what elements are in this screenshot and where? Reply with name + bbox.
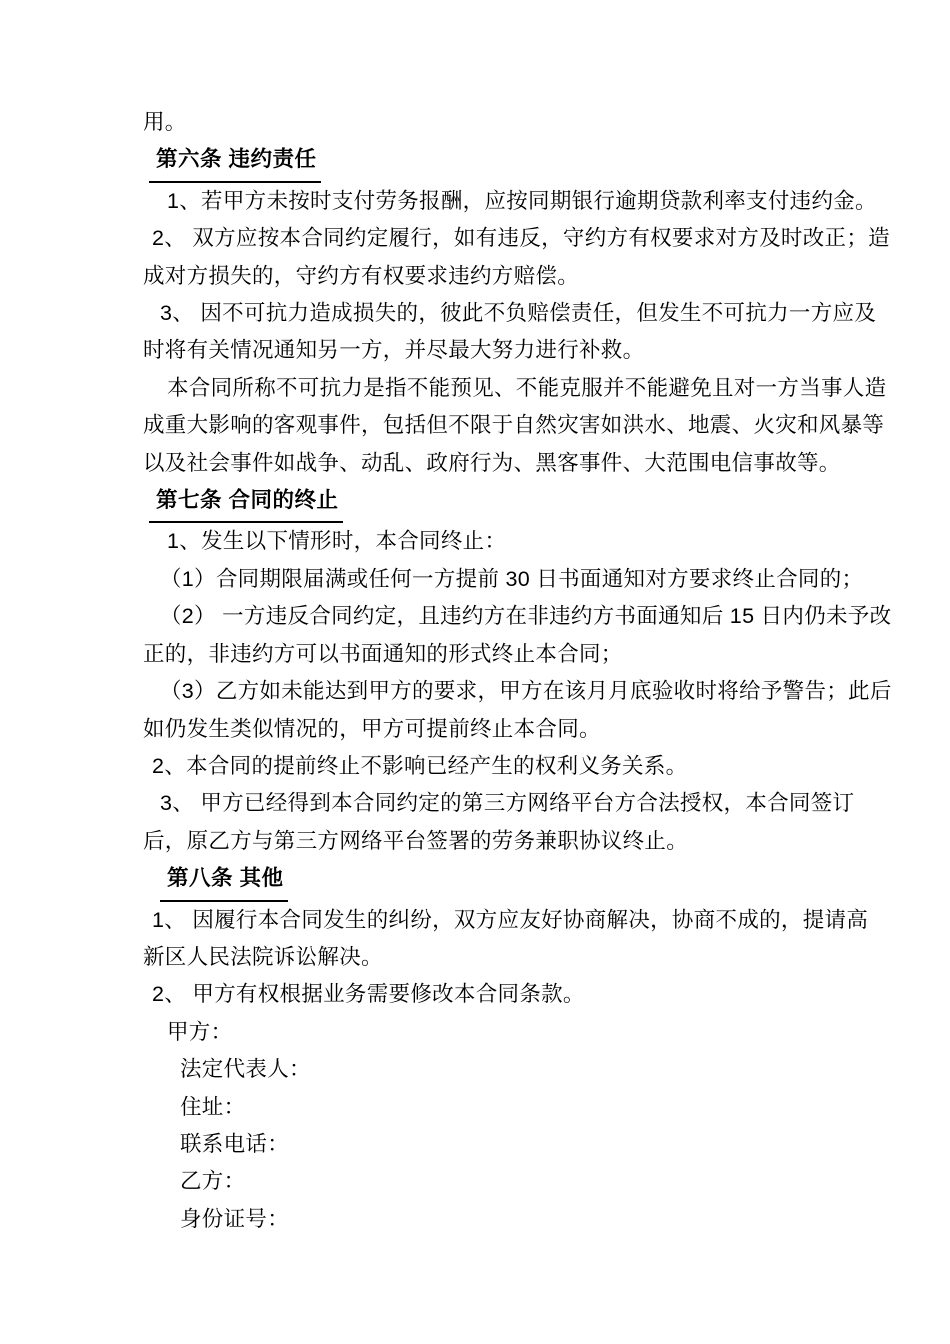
clause-7-1: 1、发生以下情形时，本合同终止： bbox=[143, 523, 818, 560]
clause-8-1: 1、 因履行本合同发生的纠纷，双方应友好协商解决，协商不成的，提请高 bbox=[143, 902, 818, 939]
section-6-heading-text: 第六条 违约责任 bbox=[149, 141, 321, 182]
signature-party-a-label: 甲方： bbox=[143, 1014, 818, 1051]
clause-7-1-item-2-continuation: 正的，非违约方可以书面通知的形式终止本合同； bbox=[143, 636, 818, 673]
contract-document-page: 用。 第六条 违约责任 1、若甲方未按时支付劳务报酬，应按同期银行逾期贷款利率支… bbox=[0, 0, 950, 1344]
clause-7-2: 2、本合同的提前终止不影响已经产生的权利义务关系。 bbox=[143, 748, 818, 785]
signature-id-number-label: 身份证号： bbox=[143, 1201, 818, 1238]
signature-phone-label: 联系电话： bbox=[143, 1126, 818, 1163]
clause-6-3-continuation: 时将有关情况通知另一方，并尽最大努力进行补救。 bbox=[143, 332, 818, 369]
clause-7-1-item-3-continuation: 如仍发生类似情况的，甲方可提前终止本合同。 bbox=[143, 711, 818, 748]
clause-6-force-majeure-continuation-1: 成重大影响的客观事件，包括但不限于自然灾害如洪水、地震、火灾和风暴等 bbox=[143, 407, 818, 444]
clause-7-1-item-2: （2） 一方违反合同约定，且违约方在非违约方书面通知后 15 日内仍未予改 bbox=[143, 598, 818, 635]
section-6-heading: 第六条 违约责任 bbox=[143, 141, 818, 182]
section-8-heading-text: 第八条 其他 bbox=[160, 860, 288, 901]
section-7-heading: 第七条 合同的终止 bbox=[143, 482, 818, 523]
signature-address-label: 住址： bbox=[143, 1089, 818, 1126]
contract-line-continuation: 用。 bbox=[143, 104, 818, 141]
clause-7-3: 3、 甲方已经得到本合同约定的第三方网络平台方合法授权，本合同签订 bbox=[143, 785, 818, 822]
signature-party-b-label: 乙方： bbox=[143, 1163, 818, 1200]
clause-6-2-continuation: 成对方损失的，守约方有权要求违约方赔偿。 bbox=[143, 258, 818, 295]
clause-7-1-item-3: （3）乙方如未能达到甲方的要求，甲方在该月月底验收时将给予警告；此后 bbox=[143, 673, 818, 710]
clause-7-1-item-1: （1）合同期限届满或任何一方提前 30 日书面通知对方要求终止合同的； bbox=[143, 561, 818, 598]
clause-8-2: 2、 甲方有权根据业务需要修改本合同条款。 bbox=[143, 976, 818, 1013]
clause-6-force-majeure: 本合同所称不可抗力是指不能预见、不能克服并不能避免且对一方当事人造 bbox=[143, 370, 818, 407]
clause-8-1-continuation: 新区人民法院诉讼解决。 bbox=[143, 939, 818, 976]
clause-6-2: 2、 双方应按本合同约定履行，如有违反，守约方有权要求对方及时改正；造 bbox=[143, 220, 818, 257]
clause-7-3-continuation: 后，原乙方与第三方网络平台签署的劳务兼职协议终止。 bbox=[143, 823, 818, 860]
clause-6-force-majeure-continuation-2: 以及社会事件如战争、动乱、政府行为、黑客事件、大范围电信事故等。 bbox=[143, 445, 818, 482]
section-8-heading: 第八条 其他 bbox=[143, 860, 818, 901]
clause-6-1: 1、若甲方未按时支付劳务报酬，应按同期银行逾期贷款利率支付违约金。 bbox=[143, 183, 818, 220]
signature-legal-representative-label: 法定代表人： bbox=[143, 1051, 818, 1088]
clause-6-3: 3、 因不可抗力造成损失的，彼此不负赔偿责任，但发生不可抗力一方应及 bbox=[143, 295, 818, 332]
section-7-heading-text: 第七条 合同的终止 bbox=[149, 482, 343, 523]
